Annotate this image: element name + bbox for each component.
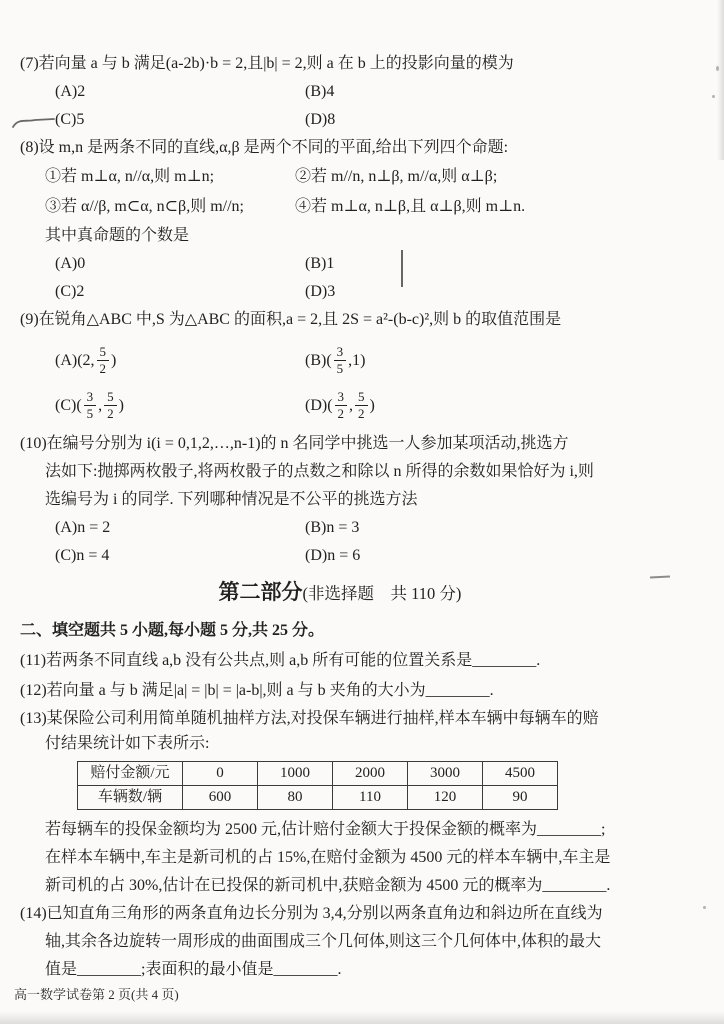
- question-13-line-2: 付结果统计如下表所示:: [45, 732, 700, 756]
- option-text: (A)(2,: [55, 352, 95, 370]
- denominator: 2: [104, 406, 117, 422]
- scan-artifact-speck: [703, 906, 706, 909]
- question-9: (9)在锐角△ABC 中,S 为△ABC 的面积,a = 2,且 2S = a²…: [20, 306, 700, 428]
- table-cell: 110: [333, 786, 408, 810]
- question-13-line-1: (13)某保险公司利用简单随机抽样方法,对投保车辆进行抽样,样本车辆中每辆车的赔: [20, 706, 700, 732]
- option-a: (A)2: [55, 78, 305, 106]
- question-9-options: (A)(2,52) (B)(35,1) (C)(35,52) (D)(32,52…: [55, 338, 700, 428]
- option-d: (D)3: [305, 278, 700, 306]
- denominator: 5: [84, 406, 97, 422]
- option-d: (D)(32,52): [305, 383, 700, 428]
- part-2-title: 第二部分: [219, 581, 303, 604]
- numerator: 3: [84, 389, 97, 406]
- table-cell: 600: [183, 786, 258, 810]
- table-row-payout-amount: 赔付金额/元 0 1000 2000 3000 4500: [78, 762, 558, 786]
- question-8-conclusion: 其中真命题的个数是: [45, 222, 700, 250]
- denominator: 2: [97, 361, 110, 377]
- question-14-line-2: 轴,其余各边旋转一周形成的曲面围成三个几何体,则这三个几何体中,体积的最大: [45, 928, 700, 956]
- fraction: 52: [104, 389, 117, 421]
- table-cell: 1000: [258, 762, 333, 786]
- option-text: ,: [98, 397, 102, 415]
- question-13: (13)某保险公司利用简单随机抽样方法,对投保车辆进行抽样,样本车辆中每辆车的赔…: [20, 706, 700, 900]
- option-d: (D)8: [305, 106, 700, 134]
- page-footer: 高一数学试卷第 2 页(共 4 页): [14, 986, 700, 1004]
- question-8-propositions: ①若 m⊥α, n//α,则 m⊥n; ②若 m//n, n⊥β, m//α,则…: [45, 162, 700, 222]
- numerator: 3: [334, 344, 347, 361]
- scan-edge-shadow-right: [717, 0, 724, 160]
- option-text: ,: [349, 397, 353, 415]
- question-10-line-1: (10)在编号分别为 i(i = 0,1,2,…,n-1)的 n 名同学中挑选一…: [20, 430, 700, 458]
- table-cell: 90: [483, 786, 558, 810]
- row-header-payout: 赔付金额/元: [78, 762, 183, 786]
- option-a: (A)(2,52): [55, 338, 305, 383]
- option-c: (C)n = 4: [55, 542, 305, 570]
- option-text: ): [111, 352, 116, 370]
- proposition-2: ②若 m//n, n⊥β, m//α,则 α⊥β;: [295, 162, 700, 192]
- fraction: 35: [84, 389, 97, 421]
- proposition-3: ③若 α//β, m⊂α, n⊂β,则 m//n;: [45, 192, 295, 222]
- question-13-line-4: 在样本车辆中,车主是新司机的占 15%,在赔付金额为 4500 元的样本车辆中,…: [45, 844, 700, 872]
- table-cell: 4500: [483, 762, 558, 786]
- proposition-4: ④若 m⊥α, n⊥β,且 α⊥β,则 m⊥n.: [295, 192, 700, 222]
- question-7-options: (A)2 (B)4 (C)5 (D)8: [55, 78, 700, 134]
- option-text: ,1): [348, 352, 365, 370]
- question-13-line-5: 新司机的占 30%,估计在已投保的新司机中,获赔金额为 4500 元的概率为__…: [45, 872, 700, 900]
- proposition-1: ①若 m⊥α, n//α,则 m⊥n;: [45, 162, 295, 192]
- part-2-header: 第二部分(非选择题 共 110 分): [20, 576, 660, 612]
- table-cell: 0: [183, 762, 258, 786]
- payout-table: 赔付金额/元 0 1000 2000 3000 4500 车辆数/辆 600 8…: [77, 761, 558, 810]
- question-10: (10)在编号分别为 i(i = 0,1,2,…,n-1)的 n 名同学中挑选一…: [20, 430, 700, 570]
- question-12-stem: (12)若向量 a 与 b 满足|a| = |b| = |a-b|,则 a 与 …: [20, 676, 700, 706]
- option-text: (D)(: [305, 397, 333, 415]
- question-11-stem: (11)若两条不同直线 a,b 没有公共点,则 a,b 所有可能的位置关系是__…: [20, 646, 700, 676]
- question-10-line-3: 选编号为 i 的同学. 下列哪种情况是不公平的挑选方法: [45, 486, 700, 514]
- question-8: (8)设 m,n 是两条不同的直线,α,β 是两个不同的平面,给出下列四个命题:…: [20, 134, 700, 306]
- denominator: 2: [335, 406, 348, 422]
- question-10-line-2: 法如下:抛掷两枚骰子,将两枚骰子的点数之和除以 n 所得的余数如果恰好为 i,则: [45, 458, 700, 486]
- exam-page: (7)若向量 a 与 b 满足(a-2b)·b = 2,且|b| = 2,则 a…: [0, 0, 724, 1024]
- question-9-stem: (9)在锐角△ABC 中,S 为△ABC 的面积,a = 2,且 2S = a²…: [20, 306, 700, 334]
- question-7-stem: (7)若向量 a 与 b 满足(a-2b)·b = 2,且|b| = 2,则 a…: [20, 50, 700, 78]
- row-header-vehicles: 车辆数/辆: [78, 786, 183, 810]
- scan-artifact-speck: [712, 95, 715, 98]
- question-8-stem: (8)设 m,n 是两条不同的直线,α,β 是两个不同的平面,给出下列四个命题:: [20, 134, 700, 162]
- question-8-options: (A)0 (B)1 (C)2 (D)3: [55, 250, 700, 306]
- option-a: (A)0: [55, 250, 305, 278]
- numerator: 3: [335, 389, 348, 406]
- scan-edge-shadow-bottom: [0, 1011, 724, 1024]
- table-row-vehicle-count: 车辆数/辆 600 80 110 120 90: [78, 786, 558, 810]
- option-c: (C)(35,52): [55, 383, 305, 428]
- table-cell: 3000: [408, 762, 483, 786]
- fraction: 52: [97, 344, 110, 376]
- question-7: (7)若向量 a 与 b 满足(a-2b)·b = 2,且|b| = 2,则 a…: [20, 50, 700, 134]
- table-cell: 2000: [333, 762, 408, 786]
- numerator: 5: [355, 389, 368, 406]
- option-text: (C)(: [55, 397, 82, 415]
- fill-in-blank-instruction: 二、填空题共 5 小题,每小题 5 分,共 25 分。: [20, 616, 700, 646]
- question-13-line-3: 若每辆车的投保金额均为 2500 元,估计赔付金额大于投保金额的概率为_____…: [45, 816, 700, 844]
- option-d: (D)n = 6: [305, 542, 700, 570]
- table-cell: 80: [258, 786, 333, 810]
- question-10-options: (A)n = 2 (B)n = 3 (C)n = 4 (D)n = 6: [55, 514, 700, 570]
- numerator: 5: [97, 344, 110, 361]
- option-b: (B)n = 3: [305, 514, 700, 542]
- table-cell: 120: [408, 786, 483, 810]
- option-b: (B)(35,1): [305, 338, 700, 383]
- option-text: ): [370, 397, 375, 415]
- option-text: (B)(: [305, 352, 332, 370]
- option-text: ): [119, 397, 124, 415]
- fraction: 32: [335, 389, 348, 421]
- option-b: (B)1: [305, 250, 700, 278]
- numerator: 5: [104, 389, 117, 406]
- option-c: (C)5: [55, 106, 305, 134]
- fraction: 52: [355, 389, 368, 421]
- question-14-line-1: (14)已知直角三角形的两条直角边长分别为 3,4,分别以两条直角边和斜边所在直…: [20, 900, 700, 928]
- option-c: (C)2: [55, 278, 305, 306]
- option-b: (B)4: [305, 78, 700, 106]
- question-14: (14)已知直角三角形的两条直角边长分别为 3,4,分别以两条直角边和斜边所在直…: [20, 900, 700, 984]
- denominator: 5: [334, 361, 347, 377]
- denominator: 2: [355, 406, 368, 422]
- option-a: (A)n = 2: [55, 514, 305, 542]
- fraction: 35: [334, 344, 347, 376]
- part-2-subtitle: (非选择题 共 110 分): [303, 584, 462, 603]
- question-14-line-3: 值是________;表面积的最小值是________.: [45, 956, 700, 984]
